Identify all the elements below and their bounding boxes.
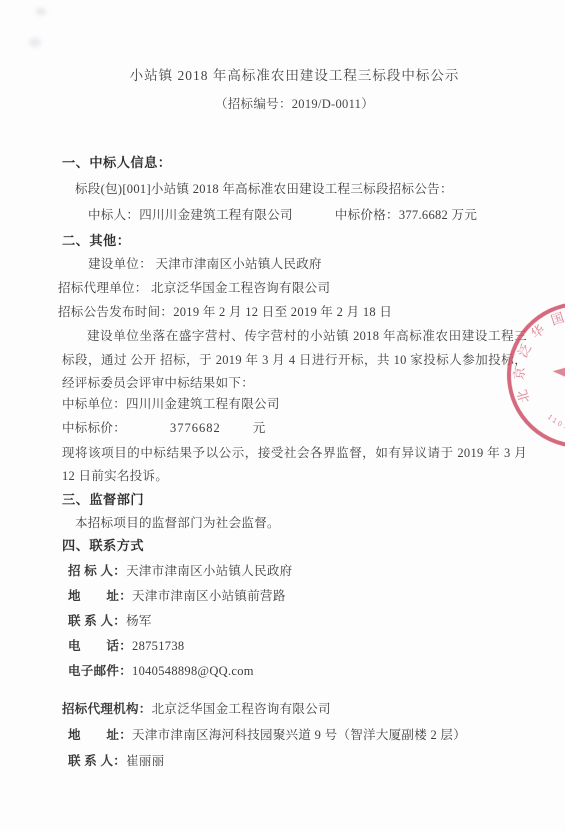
tenderer-name-label: 招 标 人：: [68, 564, 126, 578]
agency-value: 北京泛华国金工程咨询有限公司: [151, 281, 330, 295]
supervision-body: 本招标项目的监督部门为社会监督。: [62, 515, 527, 531]
agency-address-line: 地 址：天津市津南区海河科技园聚兴道 9 号（智洋大厦副楼 2 层）: [68, 727, 527, 743]
tenderer-contact-label: 联 系 人：: [68, 614, 126, 628]
builder-line: 建设单位： 天津市津南区小站镇人民政府: [88, 256, 527, 272]
bid-price-unit: 元: [253, 421, 266, 435]
tender-number: （招标编号：2019/D-0011）: [62, 94, 527, 112]
section-3-heading: 三、监督部门: [62, 489, 527, 508]
tenderer-address-value: 天津市津南区小站镇前营路: [132, 589, 286, 603]
scanned-document-page: 小站镇 2018 年高标准农田建设工程三标段中标公示 （招标编号：2019/D-…: [0, 0, 565, 831]
bid-price-line: 中标标价：3776682元: [62, 420, 527, 436]
tenderer-name-line: 招 标 人：天津市津南区小站镇人民政府: [68, 563, 527, 579]
winning-price-value: 377.6682 万元: [399, 208, 477, 222]
section-2-heading: 二、其他：: [62, 230, 527, 249]
announce-label: 招标公告发布时间：: [58, 305, 173, 319]
announce-value: 2019 年 2 月 12 日至 2019 年 2 月 18 日: [173, 305, 392, 319]
agency-name-line: 招标代理机构：北京泛华国金工程咨询有限公司: [62, 701, 527, 717]
winner-line: 中标人：四川川金建筑工程有限公司中标价格：377.6682 万元: [88, 207, 527, 223]
agency-address-label: 地 址：: [68, 728, 132, 742]
agency-contact-value: 崔丽丽: [126, 754, 164, 768]
tenderer-email-label: 电子邮件：: [68, 664, 132, 678]
agency-contact-line: 联 系 人：崔丽丽: [68, 753, 527, 769]
winner-unit-line: 中标单位：四川川金建筑工程有限公司: [62, 396, 527, 412]
document-title: 小站镇 2018 年高标准农田建设工程三标段中标公示: [62, 0, 527, 84]
winner-unit-value: 四川川金建筑工程有限公司: [126, 397, 280, 411]
winning-price-label: 中标价格：: [335, 208, 399, 222]
tenderer-email-line: 电子邮件：1040548898@QQ.com: [68, 663, 527, 679]
tenderer-phone-value: 28751738: [132, 639, 184, 653]
winner-unit-label: 中标单位：: [62, 397, 126, 411]
tenderer-email-value: 1040548898@QQ.com: [132, 664, 254, 678]
agency-line: 招标代理单位： 北京泛华国金工程咨询有限公司: [58, 280, 527, 296]
agency-label: 招标代理单位：: [58, 281, 148, 295]
bid-opening-paragraph: 建设单位坐落在盛字营村、传字营村的小站镇 2018 年高标准农田建设工程三标段，…: [62, 325, 527, 396]
publicity-notice: 现将该项目的中标结果予以公示，接受社会各界监督，如有异议请于 2019 年 3 …: [62, 442, 527, 488]
tenderer-address-line: 地 址：天津市津南区小站镇前营路: [68, 588, 527, 604]
builder-label: 建设单位：: [88, 257, 152, 271]
document-body: 小站镇 2018 年高标准农田建设工程三标段中标公示 （招标编号：2019/D-…: [0, 0, 565, 769]
tenderer-phone-label: 电 话：: [68, 639, 132, 653]
tenderer-name-value: 天津市津南区小站镇人民政府: [126, 564, 292, 578]
tenderer-address-label: 地 址：: [68, 589, 132, 603]
builder-value: 天津市津南区小站镇人民政府: [155, 257, 321, 271]
agency-contact-label: 联 系 人：: [68, 754, 126, 768]
agency-address-value: 天津市津南区海河科技园聚兴道 9 号（智洋大厦副楼 2 层）: [132, 728, 466, 742]
bid-price-label: 中标标价：: [62, 421, 126, 435]
tenderer-contact-line: 联 系 人：杨军: [68, 613, 527, 629]
agency-name-value: 北京泛华国金工程咨询有限公司: [152, 702, 331, 716]
tenderer-contact-value: 杨军: [126, 614, 152, 628]
tenderer-phone-line: 电 话：28751738: [68, 638, 527, 654]
agency-name-label: 招标代理机构：: [62, 702, 152, 716]
winner-value: 四川川金建筑工程有限公司: [139, 208, 293, 222]
bid-price-value: 3776682: [170, 421, 221, 435]
lot-announcement-line: 标段(包)[001]小站镇 2018 年高标准农田建设工程三标段招标公告：: [75, 181, 527, 197]
section-1-heading: 一、中标人信息：: [62, 152, 527, 171]
section-4-heading: 四、联系方式: [62, 535, 527, 554]
winner-label: 中标人：: [88, 208, 139, 222]
announce-period-line: 招标公告发布时间：2019 年 2 月 12 日至 2019 年 2 月 18 …: [58, 304, 527, 320]
